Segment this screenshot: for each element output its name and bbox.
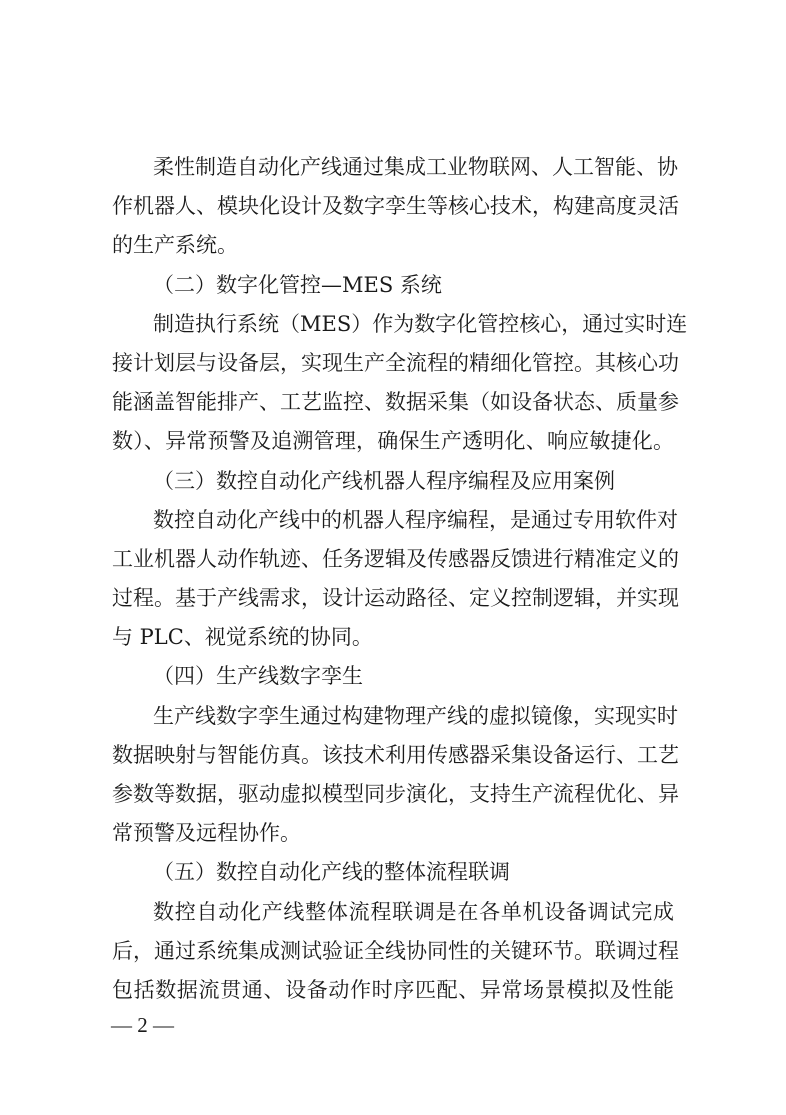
text-line: 过程。基于产线需求，设计运动路径、定义控制逻辑，并实现: [112, 579, 674, 618]
text-line: 数）、异常预警及追溯管理，确保生产透明化、响应敏捷化。: [112, 422, 674, 461]
text-line: 数据映射与智能仿真。该技术利用传感器采集设备运行、工艺: [112, 736, 674, 775]
text-line: 工业机器人动作轨迹、任务逻辑及传感器反馈进行精准定义的: [112, 540, 674, 579]
paragraph-flexible-manufacturing: 柔性制造自动化产线通过集成工业物联网、人工智能、协 作机器人、模块化设计及数字孪…: [112, 148, 674, 266]
section-heading-robot-programming: （三）数控自动化产线机器人程序编程及应用案例: [112, 462, 674, 501]
text-line: 接计划层与设备层，实现生产全流程的精细化管控。其核心功: [112, 344, 674, 383]
text-line: 数控自动化产线中的机器人程序编程，是通过专用软件对: [112, 501, 674, 540]
paragraph-digital-twin: 生产线数字孪生通过构建物理产线的虚拟镜像，实现实时 数据映射与智能仿真。该技术利…: [112, 697, 674, 854]
paragraph-integration-debugging: 数控自动化产线整体流程联调是在各单机设备调试完成 后，通过系统集成测试验证全线协…: [112, 893, 674, 1011]
section-heading-integration-debugging: （五）数控自动化产线的整体流程联调: [112, 853, 674, 892]
section-heading-digital-twin: （四）生产线数字孪生: [112, 657, 674, 696]
text-line: 常预警及远程协作。: [112, 814, 674, 853]
text-line: 柔性制造自动化产线通过集成工业物联网、人工智能、协: [112, 148, 674, 187]
text-line: 包括数据流贯通、设备动作时序匹配、异常场景模拟及性能: [112, 971, 674, 1010]
text-line: 后，通过系统集成测试验证全线协同性的关键环节。联调过程: [112, 932, 674, 971]
text-line: 能涵盖智能排产、工艺监控、数据采集（如设备状态、质量参: [112, 383, 674, 422]
text-line: 作机器人、模块化设计及数字孪生等核心技术，构建高度灵活: [112, 187, 674, 226]
text-line: 制造执行系统（MES）作为数字化管控核心，通过实时连: [112, 305, 674, 344]
text-line: 的生产系统。: [112, 226, 674, 265]
document-page: 柔性制造自动化产线通过集成工业物联网、人工智能、协 作机器人、模块化设计及数字孪…: [112, 148, 674, 1010]
paragraph-robot-programming: 数控自动化产线中的机器人程序编程，是通过专用软件对 工业机器人动作轨迹、任务逻辑…: [112, 501, 674, 658]
text-line: 生产线数字孪生通过构建物理产线的虚拟镜像，实现实时: [112, 697, 674, 736]
text-line: 与 PLC、视觉系统的协同。: [112, 618, 674, 657]
section-heading-mes: （二）数字化管控—MES 系统: [112, 266, 674, 305]
text-line: 数控自动化产线整体流程联调是在各单机设备调试完成: [112, 893, 674, 932]
text-line: 参数等数据，驱动虚拟模型同步演化，支持生产流程优化、异: [112, 775, 674, 814]
page-number: — 2 —: [111, 1011, 174, 1039]
paragraph-mes: 制造执行系统（MES）作为数字化管控核心，通过实时连 接计划层与设备层，实现生产…: [112, 305, 674, 462]
